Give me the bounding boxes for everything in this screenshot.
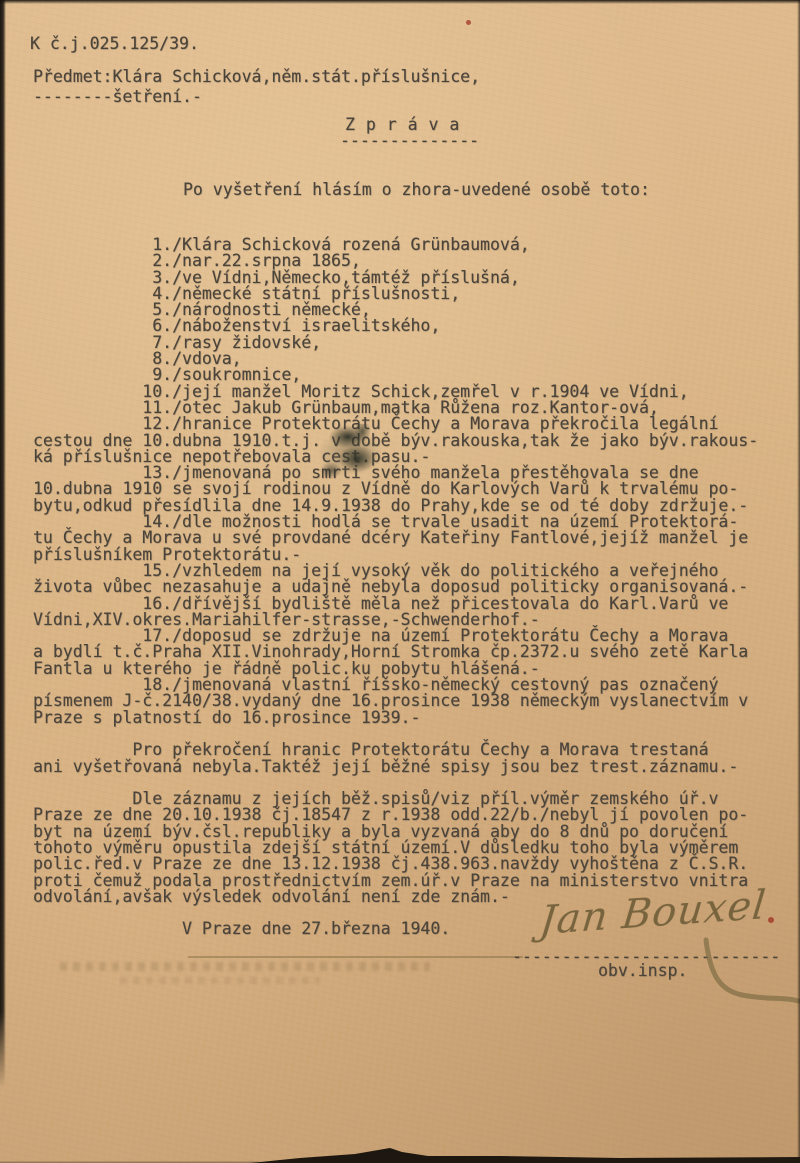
scan-edge-top xyxy=(0,0,800,4)
reference-number: K č.j.025.125/39. xyxy=(30,36,199,52)
ink-blot xyxy=(308,424,396,482)
intro-line: Po vyšetření hlásím o zhora-uvedené osob… xyxy=(183,182,650,198)
scan-edge-left xyxy=(0,0,6,1088)
report-body: 1./Klára Schicková rozená Grünbaumová, 2… xyxy=(33,237,758,938)
document-scan: K č.j.025.125/39. Předmet:Klára Schickov… xyxy=(0,0,800,1163)
signature-flourish xyxy=(690,930,800,1010)
subject-underline: --------šetření.- xyxy=(33,89,202,105)
red-speck xyxy=(466,20,471,25)
ink-bleedthrough-strip xyxy=(60,962,430,971)
ink-bleedthrough-strip xyxy=(120,977,320,984)
signature-role: obv.insp. xyxy=(598,963,687,979)
subject-line: Předmet:Klára Schicková,něm.stát.přísluš… xyxy=(33,69,480,85)
report-title-underline: -------------- xyxy=(340,133,479,149)
red-speck xyxy=(768,917,774,923)
scan-edge-bottom xyxy=(0,1145,800,1163)
signature-baseline xyxy=(188,956,523,958)
